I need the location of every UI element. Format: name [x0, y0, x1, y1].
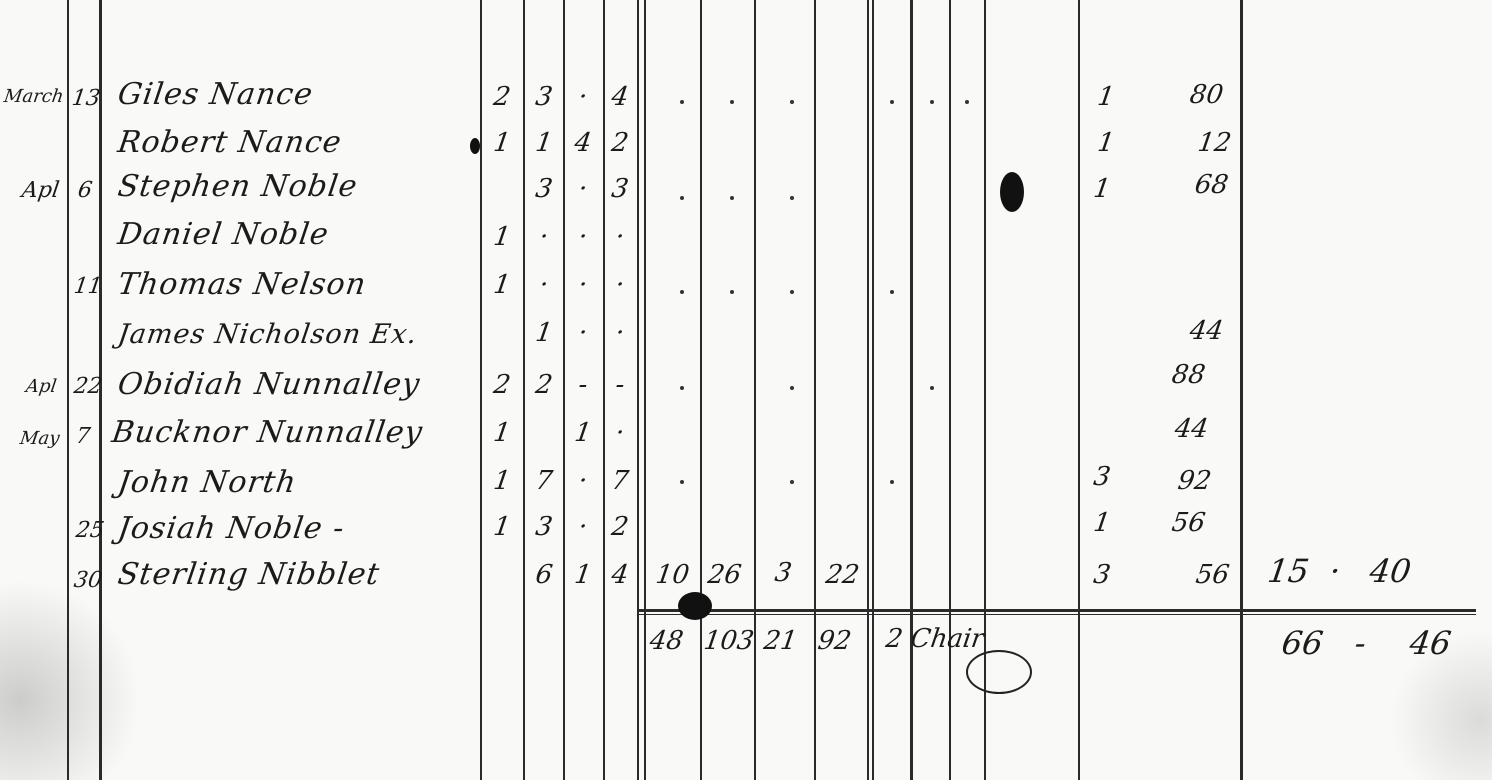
- ledger-dot: [730, 290, 734, 294]
- ledger-dot: [790, 196, 794, 200]
- ledger-dot: [890, 480, 894, 484]
- row-name: James Nicholson Ex.: [116, 320, 419, 350]
- row-day: 13: [70, 84, 102, 114]
- row-tax-cents: 92: [1176, 466, 1213, 496]
- ledger-dot: [730, 100, 734, 104]
- row-c1: 1: [482, 466, 522, 496]
- row-name: Giles Nance: [116, 80, 315, 110]
- row-tax-units: 1: [1082, 508, 1122, 538]
- ledger-dot: [790, 290, 794, 294]
- row-c1: 1: [482, 418, 522, 448]
- row-c4: 2: [600, 512, 640, 542]
- row-c2: 2: [524, 370, 564, 400]
- row-c3: ·: [563, 512, 603, 542]
- column-rule: [814, 0, 816, 780]
- grand-total-left: 66: [1280, 628, 1325, 658]
- ledger-dot: [930, 386, 934, 390]
- column-rule: [700, 0, 702, 780]
- row-c4: ·: [600, 418, 640, 448]
- row-c3: ·: [563, 82, 603, 112]
- ledger-dot: [890, 100, 894, 104]
- row-tax-units: 3: [1082, 462, 1122, 492]
- column-rule: [754, 0, 756, 780]
- row-c2: 3: [524, 174, 564, 204]
- row-c4: 7: [600, 466, 640, 496]
- row-c1: 1: [482, 222, 522, 252]
- row-c4: ·: [600, 270, 640, 300]
- row-c4: 2: [600, 128, 640, 158]
- row-name: Robert Nance: [116, 128, 344, 158]
- row-c3: ·: [563, 222, 603, 252]
- row-tax-cents: 56: [1170, 508, 1207, 538]
- row-month: Apl: [20, 176, 61, 206]
- row-c2: 6: [524, 560, 564, 590]
- ledger-dot: [680, 386, 684, 390]
- row-tax-units: 1: [1086, 82, 1126, 112]
- ledger-dot: [965, 100, 969, 104]
- row-month: March: [2, 82, 66, 112]
- row-name: Obidiah Nunnalley: [116, 370, 422, 400]
- row-c4: ·: [600, 222, 640, 252]
- row-tax-units: 3: [1082, 560, 1122, 590]
- row-tax-cents: 44: [1173, 414, 1210, 444]
- row-month: May: [18, 424, 62, 454]
- ledger-dot: [930, 100, 934, 104]
- row-extra-d4: 22: [824, 560, 861, 590]
- row-c3: ·: [563, 466, 603, 496]
- row-name: John North: [116, 468, 299, 498]
- row-c3: 1: [563, 418, 603, 448]
- chair-flourish: [966, 650, 1032, 694]
- row-tax-cents: 80: [1188, 80, 1225, 110]
- total-t2: 103: [702, 626, 756, 656]
- row-c2: 1: [524, 128, 564, 158]
- row-tax-cents: 88: [1170, 360, 1207, 390]
- column-rule: [910, 0, 913, 780]
- row-c4: -: [600, 370, 640, 400]
- row-extra-d2: 26: [706, 560, 743, 590]
- row-day: 22: [72, 372, 104, 402]
- row-tax-units: 1: [1086, 128, 1126, 158]
- column-rule: [867, 0, 869, 780]
- row-name: Stephen Noble: [116, 172, 360, 202]
- row-c4: 3: [600, 174, 640, 204]
- ink-blot: [1000, 172, 1024, 212]
- ledger-page: March 13 Giles Nance 2 3 · 4 1 80 Robert…: [0, 0, 1492, 780]
- ledger-dot: [790, 480, 794, 484]
- ledger-dot: [680, 290, 684, 294]
- row-month: Apl: [24, 372, 58, 402]
- total-t1: 48: [648, 626, 685, 656]
- ledger-dot: [680, 196, 684, 200]
- row-c3: 4: [563, 128, 603, 158]
- row-c3: ·: [563, 174, 603, 204]
- column-rule: [949, 0, 951, 780]
- row-name: Sterling Nibblet: [116, 560, 382, 590]
- column-rule: [644, 0, 646, 780]
- column-rule: [67, 0, 69, 780]
- row-c3: ·: [563, 318, 603, 348]
- total-t4: 92: [816, 626, 853, 656]
- row-c1: 2: [482, 82, 522, 112]
- row-c3: 1: [563, 560, 603, 590]
- row-name: Josiah Noble -: [116, 514, 347, 544]
- row-c4: 4: [600, 560, 640, 590]
- column-rule: [1078, 0, 1080, 780]
- row-total-dot: ·: [1328, 556, 1342, 586]
- row-c1: 1: [482, 128, 522, 158]
- row-day: 30: [72, 566, 104, 596]
- ledger-dot: [680, 100, 684, 104]
- row-extra-d3: 3: [773, 558, 794, 588]
- row-c2: 3: [524, 82, 564, 112]
- row-tax-cents: 56: [1194, 560, 1231, 590]
- row-c2: 1: [524, 318, 564, 348]
- grand-total-dash: -: [1353, 628, 1368, 658]
- row-c2: 3: [524, 512, 564, 542]
- total-rule-thin: [638, 614, 1476, 615]
- ledger-dot: [680, 480, 684, 484]
- row-c4: ·: [600, 318, 640, 348]
- total-t5: 2 Chair: [884, 624, 986, 654]
- column-rule: [480, 0, 482, 780]
- row-name: Bucknor Nunnalley: [110, 418, 425, 448]
- row-c1: 2: [482, 370, 522, 400]
- column-rule: [872, 0, 874, 780]
- row-c1: 1: [482, 270, 522, 300]
- row-name: Daniel Noble: [116, 220, 331, 250]
- grand-total-right: 46: [1408, 628, 1453, 658]
- ledger-dot: [790, 386, 794, 390]
- row-c1: 1: [482, 512, 522, 542]
- ink-blot: [678, 592, 712, 620]
- row-day: 6: [76, 176, 94, 206]
- row-extra-d1: 10: [654, 560, 691, 590]
- total-rule: [638, 609, 1476, 612]
- row-tax-cents: 68: [1193, 170, 1230, 200]
- row-tax-cents: 12: [1196, 128, 1233, 158]
- ledger-dot: [890, 290, 894, 294]
- column-rule: [1240, 0, 1243, 780]
- row-tax-units: 1: [1082, 174, 1122, 204]
- row-c2: 7: [524, 466, 564, 496]
- row-day: 11: [72, 272, 104, 302]
- row-day: 25: [74, 516, 106, 546]
- row-day: 7: [74, 422, 92, 452]
- row-total-left: 15: [1266, 556, 1311, 586]
- row-total-right: 40: [1368, 556, 1413, 586]
- row-name: Thomas Nelson: [116, 270, 368, 300]
- row-c3: ·: [563, 270, 603, 300]
- ledger-dot: [790, 100, 794, 104]
- ink-blot: [470, 138, 480, 154]
- row-c3: -: [563, 370, 603, 400]
- row-c2: ·: [524, 222, 564, 252]
- row-c4: 4: [600, 82, 640, 112]
- total-t3: 21: [762, 626, 799, 656]
- row-tax-cents: 44: [1188, 316, 1225, 346]
- ledger-dot: [730, 196, 734, 200]
- row-c2: ·: [524, 270, 564, 300]
